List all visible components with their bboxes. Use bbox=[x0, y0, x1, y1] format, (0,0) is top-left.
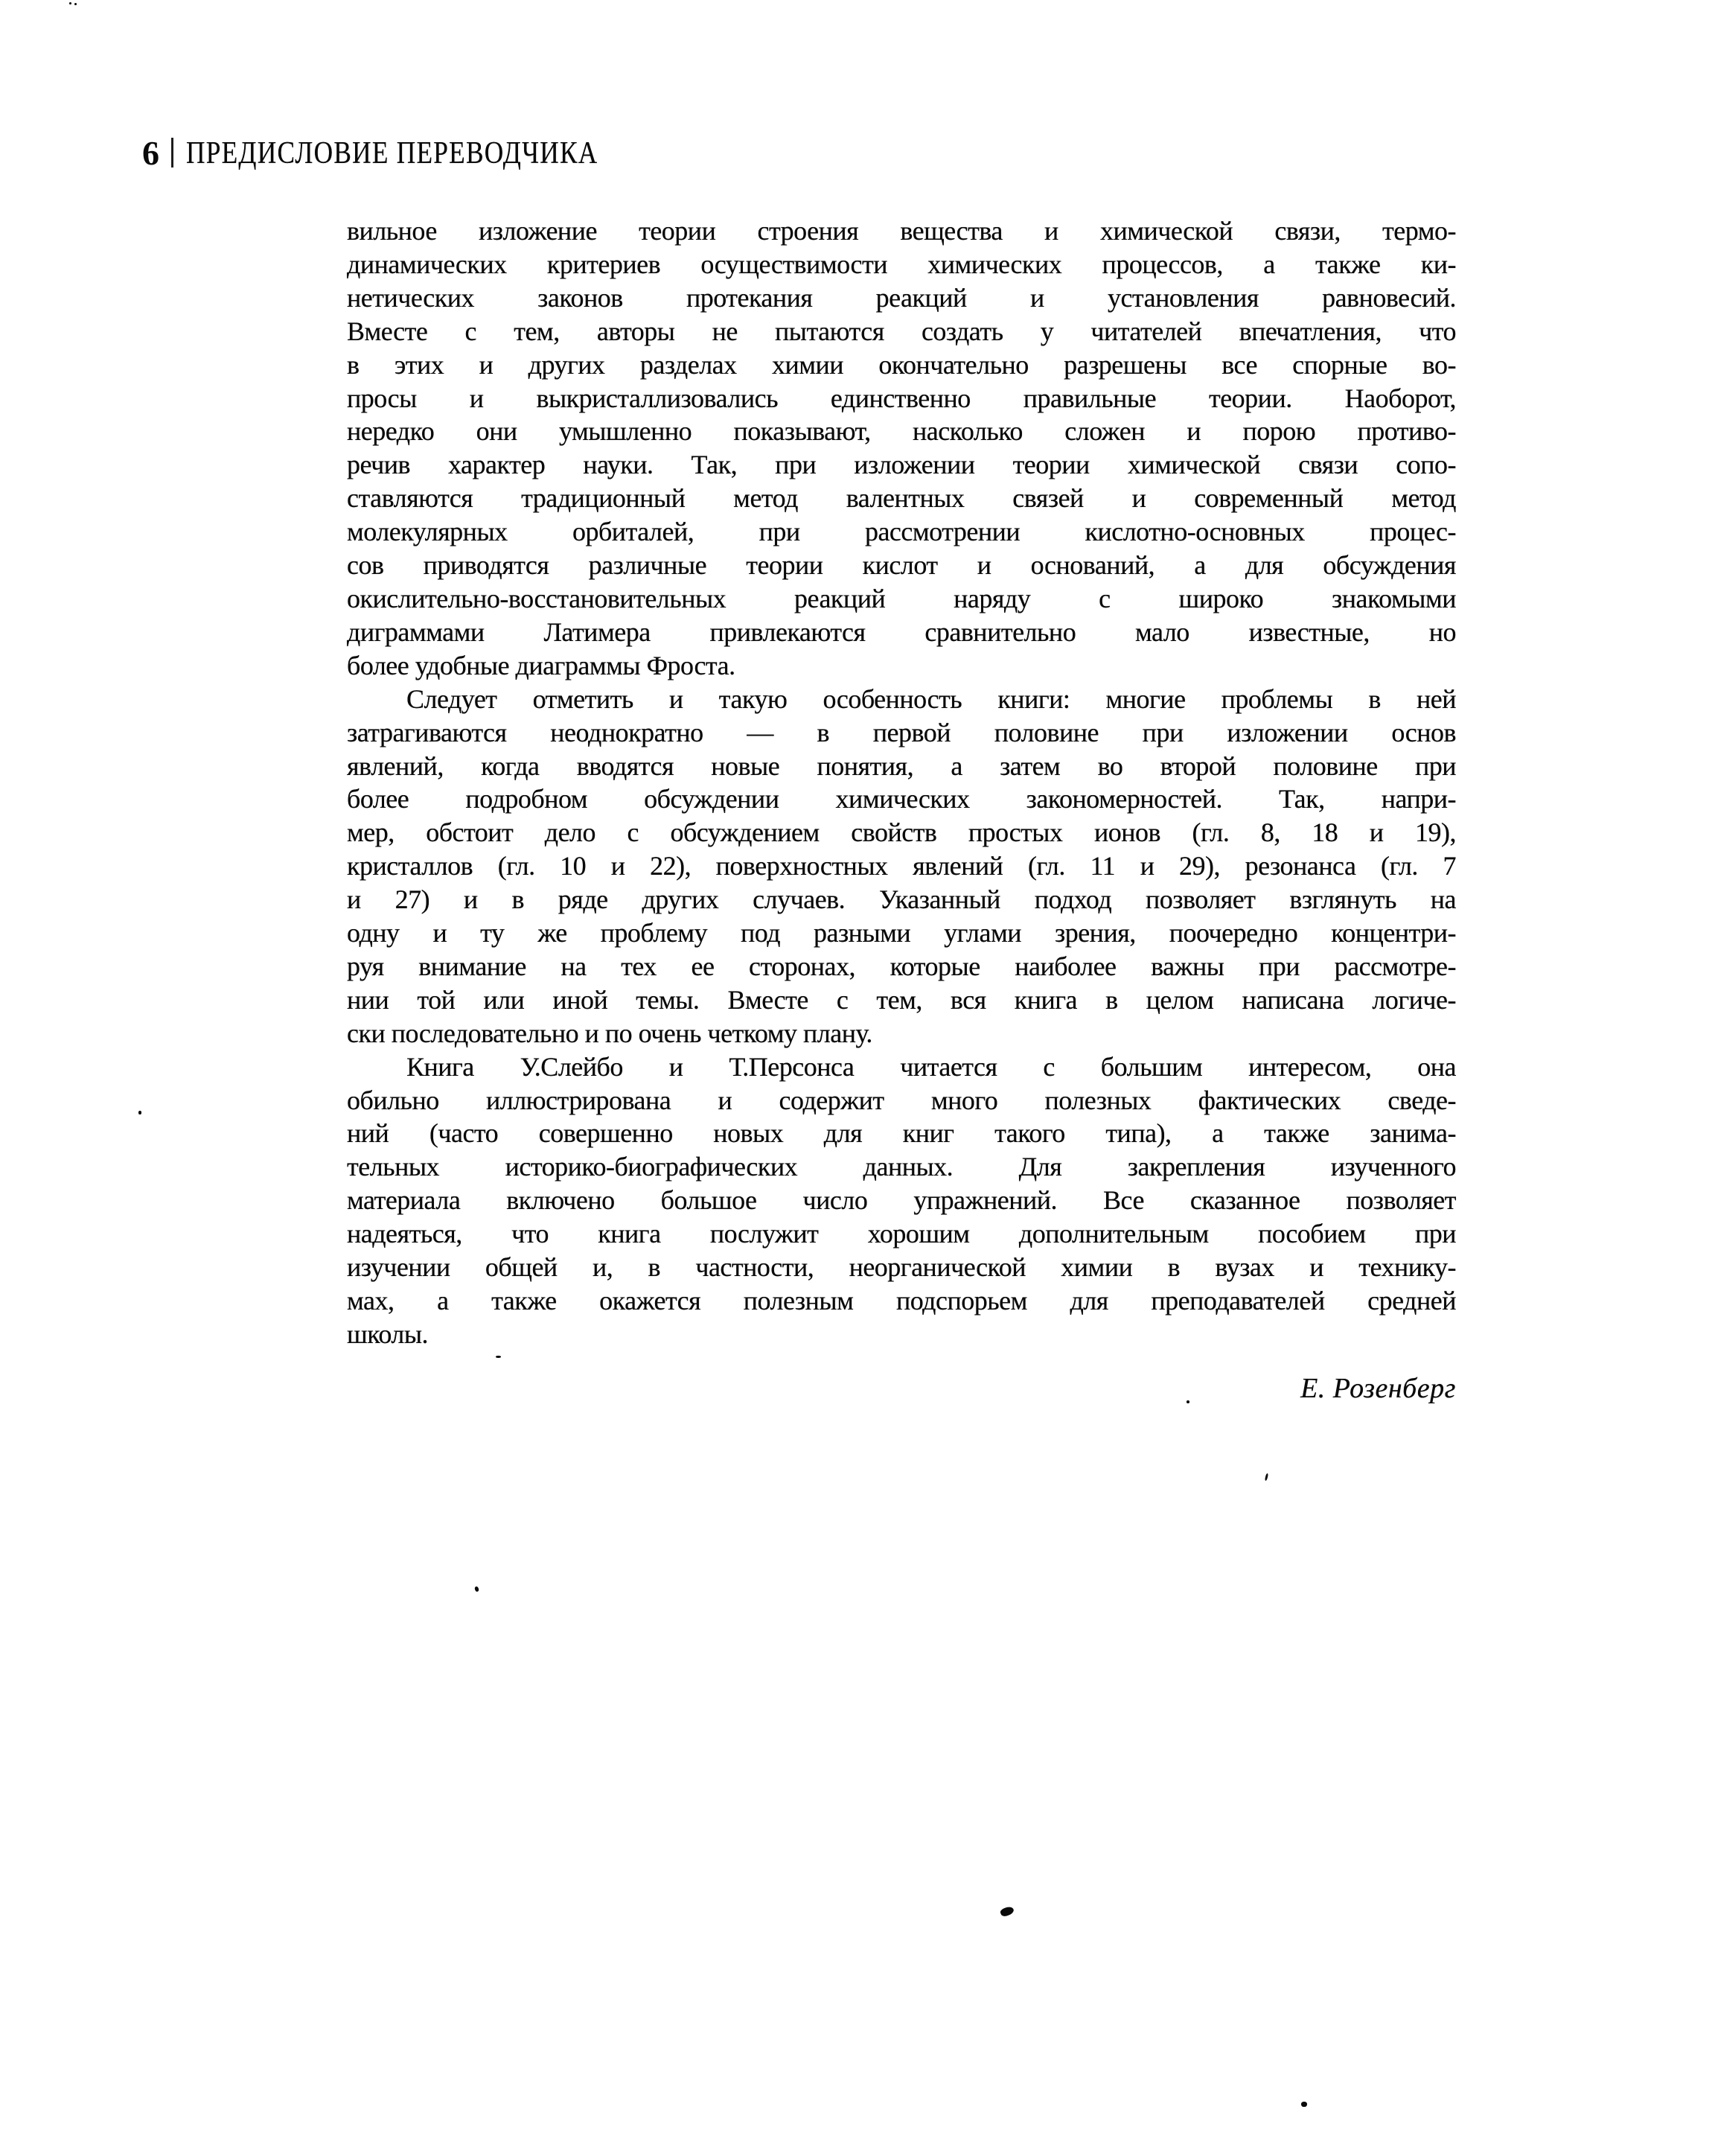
scan-speck bbox=[1265, 1473, 1268, 1481]
scan-speck bbox=[138, 1111, 141, 1114]
text-line: мер, обстоит дело с обсуждением свойств … bbox=[347, 816, 1456, 849]
preface-text-block: вильное изложение теории строения вещест… bbox=[347, 214, 1456, 1351]
running-title: ПРЕДИСЛОВИЕ ПЕРЕВОДЧИКА bbox=[186, 137, 598, 170]
text-line: вильное изложение теории строения вещест… bbox=[347, 214, 1456, 248]
text-line: нередко они умышленно показывают, наскол… bbox=[347, 415, 1456, 448]
text-line: ски последовательно и по очень четкому п… bbox=[347, 1017, 1456, 1050]
text-line: Книга У.Слейбо и Т.Персонса читается с б… bbox=[347, 1050, 1456, 1084]
text-line: тельных историко-биографических данных. … bbox=[347, 1150, 1456, 1184]
text-line: руя внимание на тех ее сторонах, которые… bbox=[347, 950, 1456, 983]
text-line: явлений, когда вводятся новые понятия, а… bbox=[347, 750, 1456, 783]
header-divider-line bbox=[171, 138, 173, 168]
ink-blot bbox=[1000, 1905, 1015, 1918]
text-line: Следует отметить и такую особенность кни… bbox=[347, 683, 1456, 716]
text-line: затрагиваются неоднократно — в первой по… bbox=[347, 716, 1456, 750]
scan-speck bbox=[1301, 2102, 1307, 2107]
paragraph: Следует отметить и такую особенность кни… bbox=[347, 683, 1456, 1050]
text-line: обильно иллюстрирована и содержит много … bbox=[347, 1084, 1456, 1117]
text-line: кристаллов (гл. 10 и 22), поверхностных … bbox=[347, 849, 1456, 883]
text-line: ний (часто совершенно новых для книг так… bbox=[347, 1117, 1456, 1150]
scan-speck bbox=[69, 2, 71, 4]
text-line: более подробном обсуждении химических за… bbox=[347, 782, 1456, 816]
text-line: диграммами Латимера привлекаются сравнит… bbox=[347, 616, 1456, 649]
page-header: 6 ПРЕДИСЛОВИЕ ПЕРЕВОДЧИКА bbox=[142, 137, 677, 170]
text-line: в этих и других разделах химии окончател… bbox=[347, 348, 1456, 382]
book-page: 6 ПРЕДИСЛОВИЕ ПЕРЕВОДЧИКА вильное изложе… bbox=[0, 0, 1715, 2156]
scan-speck bbox=[1187, 1400, 1189, 1403]
text-line: сов приводятся различные теории кислот и… bbox=[347, 549, 1456, 582]
text-line: речив характер науки. Так, при изложении… bbox=[347, 448, 1456, 482]
scan-speck bbox=[74, 3, 77, 5]
text-line: надеяться, что книга послужит хорошим до… bbox=[347, 1217, 1456, 1251]
scan-speck bbox=[496, 1356, 501, 1358]
text-line: Вместе с тем, авторы не пытаются создать… bbox=[347, 315, 1456, 348]
text-line: более удобные диаграммы Фроста. bbox=[347, 649, 1456, 683]
text-line: ставляются традиционный метод валентных … bbox=[347, 482, 1456, 515]
text-line: окислительно-восстановительных реакций н… bbox=[347, 582, 1456, 616]
text-line: одну и ту же проблему под разными углами… bbox=[347, 916, 1456, 950]
text-line: нетических законов протекания реакций и … bbox=[347, 281, 1456, 315]
page-number: 6 bbox=[142, 137, 159, 170]
text-line: школы. bbox=[347, 1318, 1456, 1351]
text-line: молекулярных орбиталей, при рассмотрении… bbox=[347, 515, 1456, 549]
text-line: мах, а также окажется полезным подспорье… bbox=[347, 1284, 1456, 1318]
text-line: просы и выкристаллизовались единственно … bbox=[347, 382, 1456, 415]
paragraph: Книга У.Слейбо и Т.Персонса читается с б… bbox=[347, 1050, 1456, 1351]
scan-speck bbox=[474, 1586, 479, 1592]
text-line: динамических критериев осуществимости хи… bbox=[347, 248, 1456, 281]
text-line: и 27) и в ряде других случаев. Указанный… bbox=[347, 883, 1456, 916]
paragraph: вильное изложение теории строения вещест… bbox=[347, 214, 1456, 683]
text-line: нии той или иной темы. Вместе с тем, вся… bbox=[347, 983, 1456, 1017]
text-line: изучении общей и, в частности, неорганич… bbox=[347, 1251, 1456, 1284]
translator-signature: Е. Розенберг bbox=[1300, 1371, 1456, 1406]
text-line: материала включено большое число упражне… bbox=[347, 1184, 1456, 1217]
